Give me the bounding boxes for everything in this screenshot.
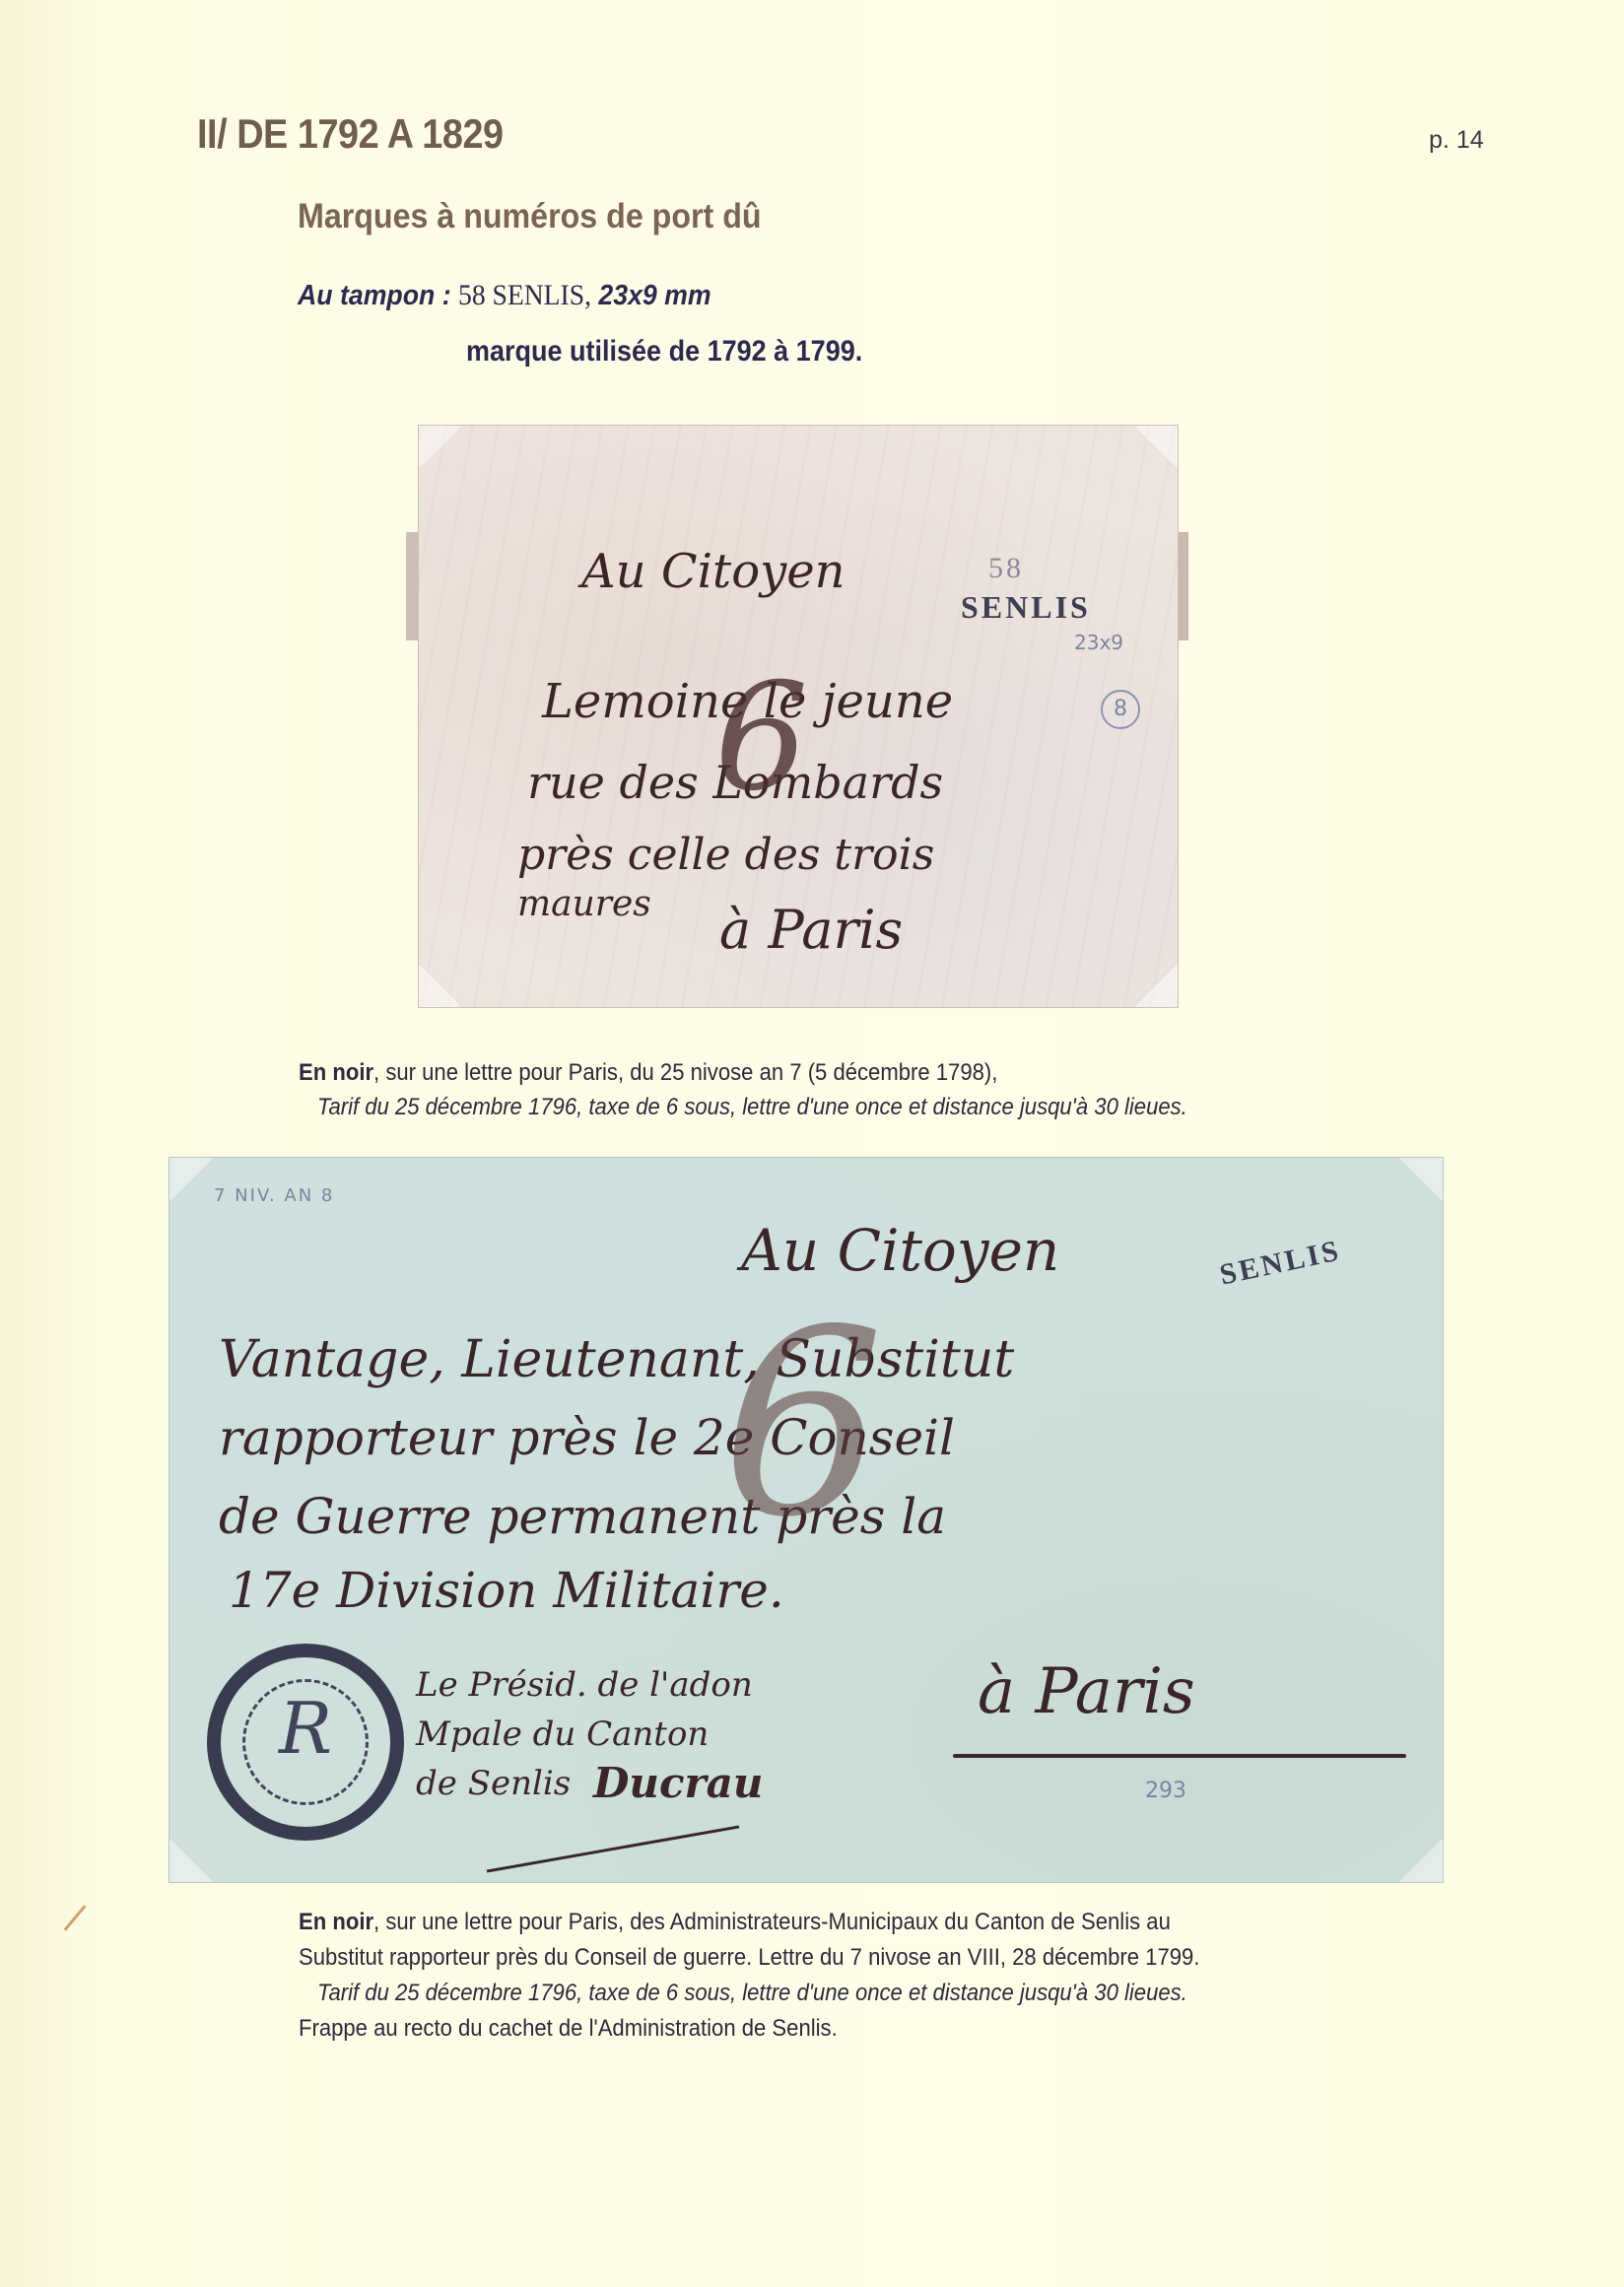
postmark-town: SENLIS [1217, 1234, 1344, 1292]
administration-seal: R [207, 1644, 404, 1841]
caption-text: , sur une lettre pour Paris, du 25 nivos… [373, 1059, 997, 1086]
sender-line: Mpale du Canton [416, 1715, 709, 1754]
mount-corner [419, 426, 463, 470]
pencil-dimension: 23x9 [1074, 631, 1123, 654]
stamp-description: Au tampon : 58 SENLIS, 23x9 mm [298, 279, 711, 312]
letter2-caption-line3: Tarif du 25 décembre 1796, taxe de 6 sou… [317, 1980, 1187, 2007]
handwriting-line: Vantage, Lieutenant, Substitut [219, 1330, 1014, 1389]
caption-text: , sur une lettre pour Paris, des Adminis… [373, 1909, 1171, 1935]
stamp-dimensions: 23x9 mm [591, 280, 711, 311]
margin-pencil-mark [64, 1905, 87, 1930]
mount-corner [1133, 963, 1178, 1007]
mount-corner [1398, 1158, 1443, 1202]
caption-text: Tarif du 25 décembre 1796, taxe de 6 sou… [317, 1094, 1187, 1120]
caption-lead: En noir [299, 1059, 373, 1086]
stamp-usage: marque utilisée de 1792 à 1799. [466, 335, 862, 369]
signature-flourish [487, 1825, 740, 1872]
letter2-caption-line1: En noir, sur une lettre pour Paris, des … [299, 1909, 1171, 1936]
mount-corner [419, 963, 463, 1007]
underline-stroke [953, 1754, 1406, 1758]
letter1-caption-line1: En noir, sur une lettre pour Paris, du 2… [299, 1059, 997, 1087]
seal-monogram: R [221, 1687, 390, 1770]
letter1-cover: Au Citoyen 58 SENLIS 23x9 Lemoine le jeu… [419, 426, 1178, 1007]
pencil-date: 7 NIV. AN 8 [214, 1185, 334, 1206]
caption-text: Tarif du 25 décembre 1796, taxe de 6 sou… [317, 1980, 1187, 2006]
sender-line: Le Présid. de l'adon [416, 1665, 753, 1705]
stamp-label: Au tampon [298, 280, 435, 311]
sender-line: de Senlis [416, 1764, 571, 1803]
handwriting-line: maures [517, 884, 651, 924]
mount-corner [1398, 1838, 1443, 1882]
letter2-caption-line4: Frappe au recto du cachet de l'Administr… [299, 2015, 838, 2043]
handwriting-line: 17e Division Militaire. [229, 1562, 784, 1619]
letter1-caption-line2: Tarif du 25 décembre 1796, taxe de 6 sou… [317, 1094, 1187, 1121]
postmark-town: SENLIS [961, 589, 1091, 626]
caption-lead: En noir [299, 1909, 373, 1935]
stamp-value: 58 SENLIS, [458, 279, 591, 311]
handwriting-line: Au Citoyen [581, 544, 846, 599]
handwriting-line: Au Citoyen [741, 1217, 1059, 1284]
postmark-number: 58 [988, 552, 1024, 585]
page-number: p. 14 [1429, 126, 1484, 155]
mount-corner [1133, 426, 1178, 470]
handwriting-line: près celle des trois [517, 830, 934, 880]
chapter-title: II/ DE 1792 A 1829 [197, 110, 504, 158]
stamp-separator: : [435, 280, 458, 311]
section-title: Marques à numéros de port dû [298, 197, 762, 236]
letter2-caption-line2: Substitut rapporteur près du Conseil de … [299, 1944, 1199, 1972]
tax-mark: 6 [714, 652, 808, 824]
tax-mark: 6 [721, 1276, 884, 1574]
mount-corner [169, 1158, 214, 1202]
album-page: II/ DE 1792 A 1829 p. 14 Marques à numér… [0, 0, 1624, 2287]
handwriting-line: à Paris [719, 899, 903, 961]
handwriting-line: à Paris [978, 1655, 1195, 1728]
pencil-number: 293 [1145, 1779, 1186, 1803]
mount-corner [169, 1838, 214, 1882]
signature: Ducrau [593, 1759, 763, 1807]
pencil-circled-mark: 8 [1101, 690, 1140, 729]
